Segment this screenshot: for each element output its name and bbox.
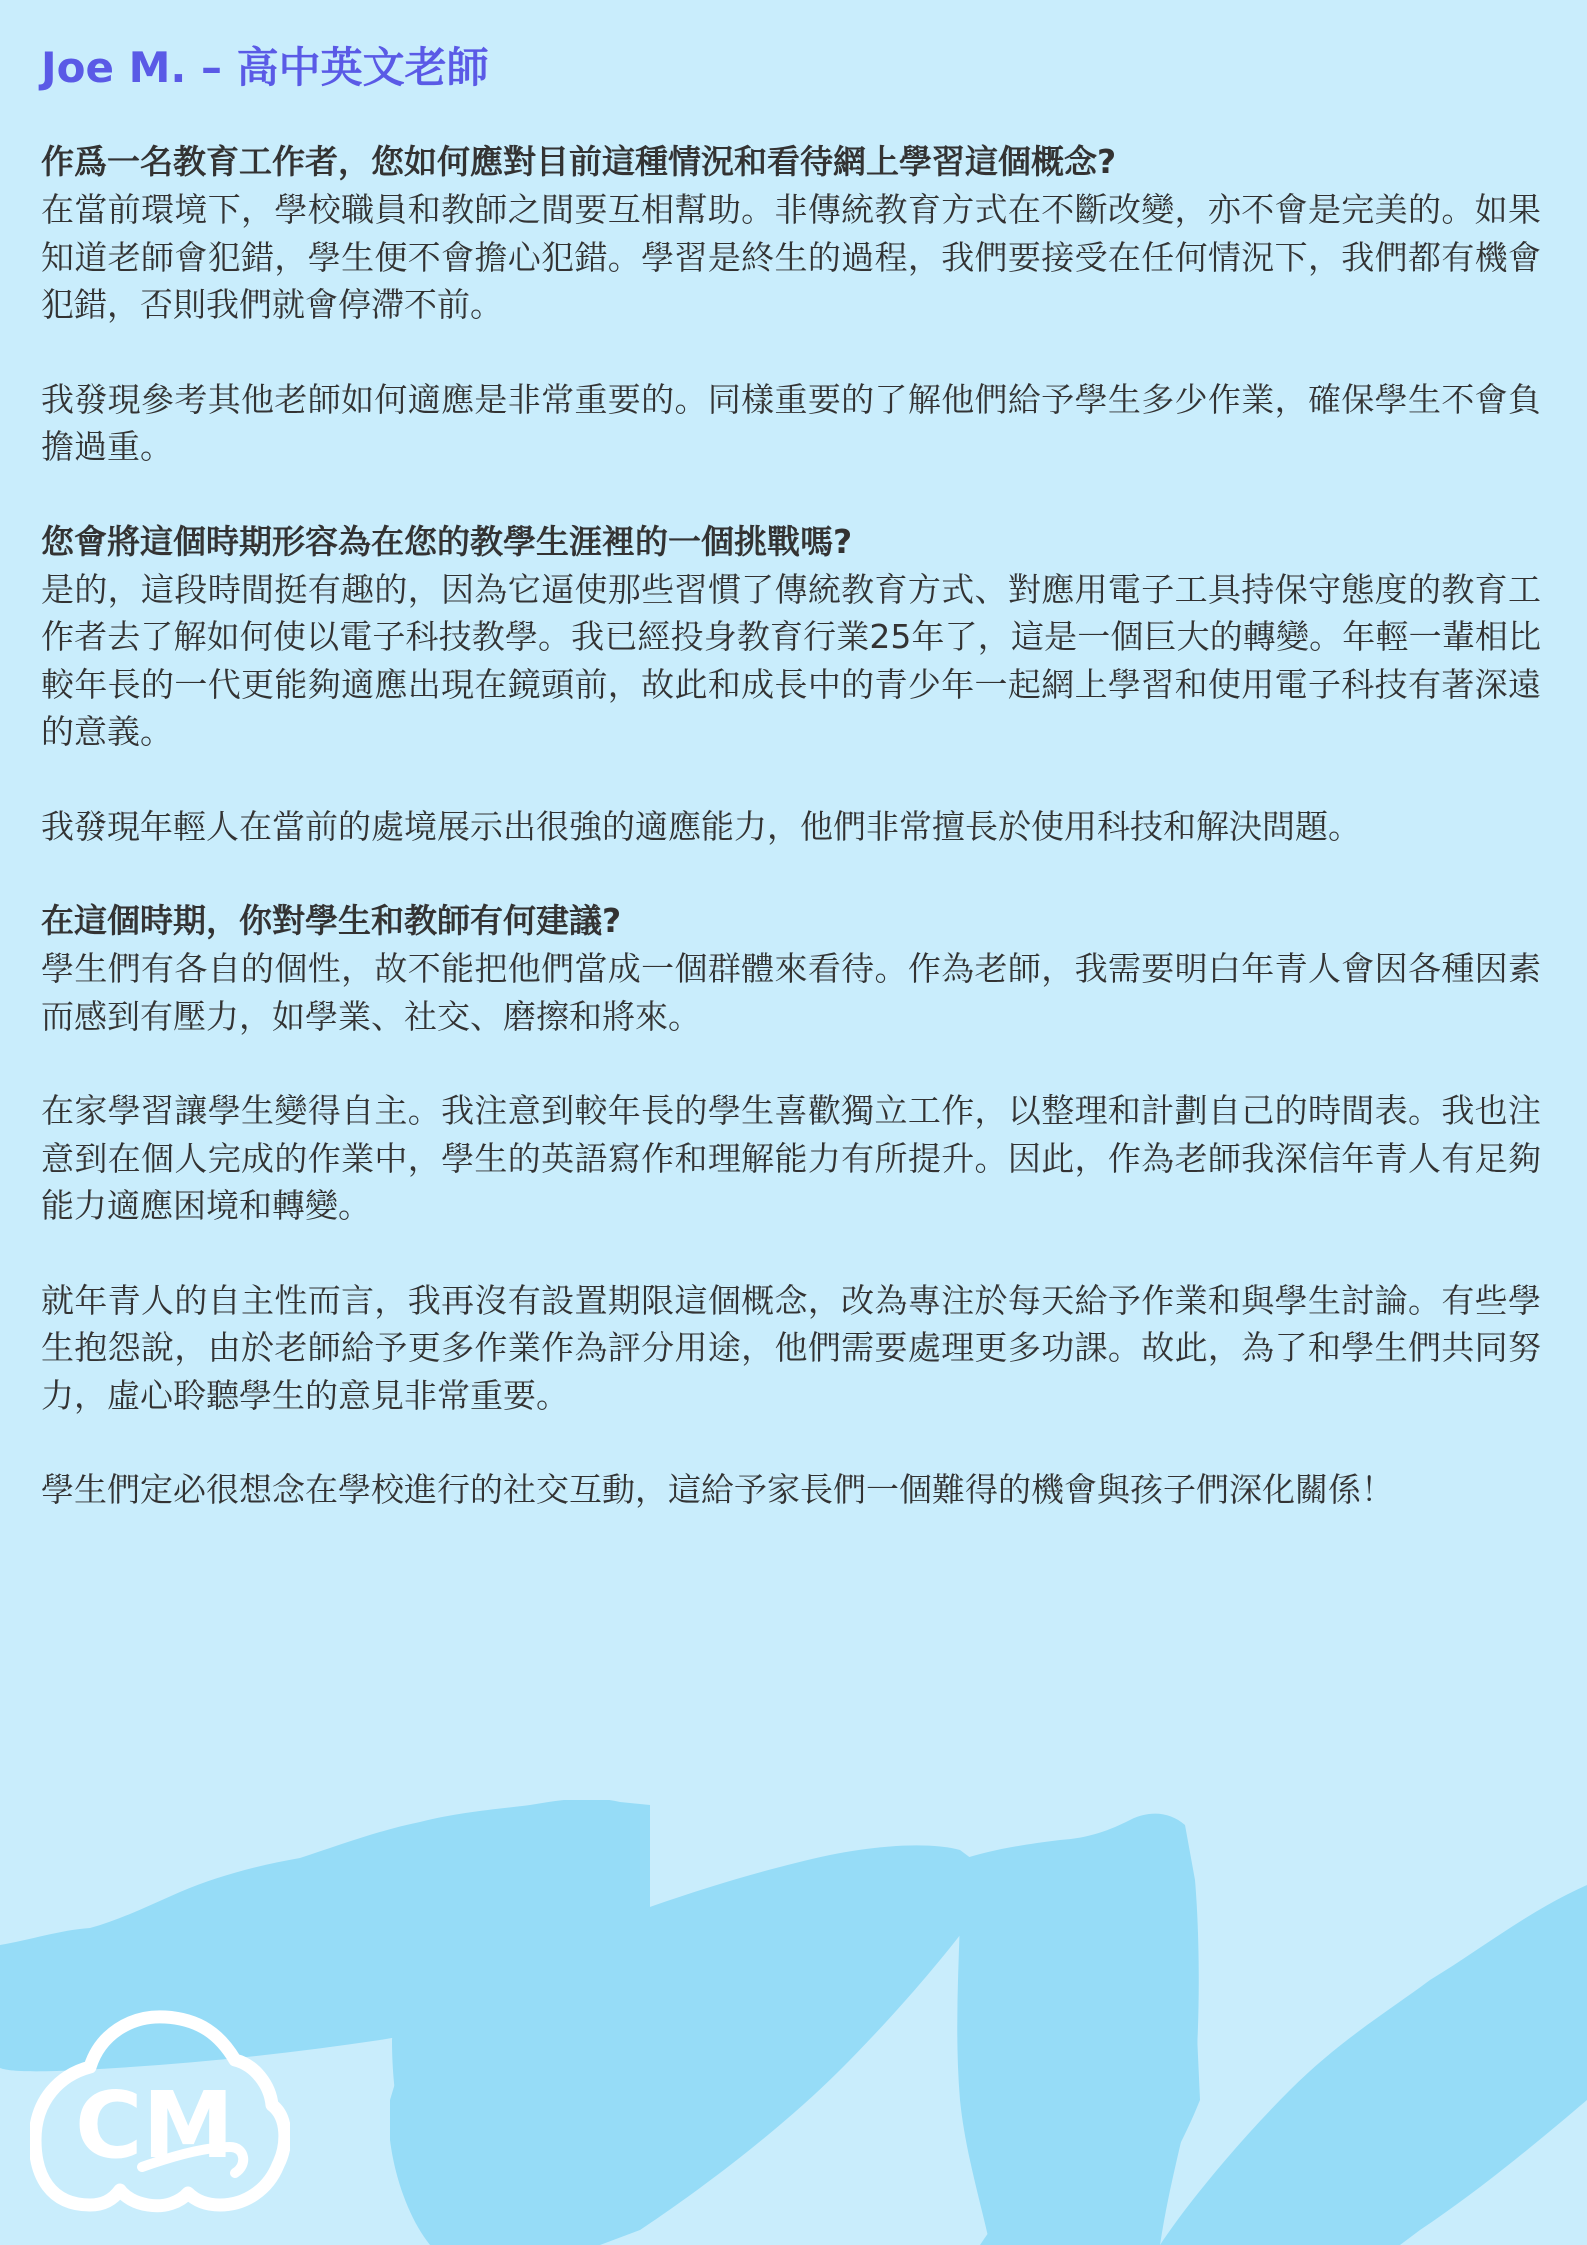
answer-paragraph: 我發現年輕人在當前的處境展示出很強的適應能力，他們非常擅長於使用科技和解決問題。 <box>41 803 1541 851</box>
document-page: Joe M. – 高中英文老師 作爲一名教育工作者，您如何應對目前這種情況和看待… <box>41 40 1551 1561</box>
answer-paragraph: 學生們有各自的個性，故不能把他們當成一個群體來看待。作為老師，我需要明白年青人會… <box>41 945 1541 1040</box>
section-advice: 在這個時期，你對學生和教師有何建議? 學生們有各自的個性，故不能把他們當成一個群… <box>41 897 1551 1514</box>
answer-paragraph: 是的，這段時間挺有趣的，因為它逼使那些習慣了傳統教育方式、對應用電子工具持保守態… <box>41 566 1541 756</box>
section-challenge: 您會將這個時期形容為在您的教學生涯裡的一個挑戰嗎? 是的，這段時間挺有趣的，因為… <box>41 518 1551 851</box>
cloud-logo-icon: CM <box>30 2005 290 2215</box>
answer-paragraph: 在當前環境下，學校職員和教師之間要互相幫助。非傳統教育方式在不斷改變，亦不會是完… <box>41 186 1541 329</box>
question-heading: 作爲一名教育工作者，您如何應對目前這種情況和看待網上學習這個概念? <box>41 138 1551 186</box>
question-heading: 在這個時期，你對學生和教師有何建議? <box>41 897 1551 945</box>
answer-paragraph: 學生們定必很想念在學校進行的社交互動，這給予家長們一個難得的機會與孩子們深化關係… <box>41 1466 1541 1514</box>
answer-paragraph: 在家學習讓學生變得自主。我注意到較年長的學生喜歡獨立工作，以整理和計劃自己的時間… <box>41 1087 1541 1230</box>
section-online-learning: 作爲一名教育工作者，您如何應對目前這種情況和看待網上學習這個概念? 在當前環境下… <box>41 138 1551 471</box>
answer-paragraph: 我發現參考其他老師如何適應是非常重要的。同樣重要的了解他們給予學生多少作業，確保… <box>41 376 1541 471</box>
question-heading: 您會將這個時期形容為在您的教學生涯裡的一個挑戰嗎? <box>41 518 1551 566</box>
answer-paragraph: 就年青人的自主性而言，我再沒有設置期限這個概念，改為專注於每天給予作業和與學生討… <box>41 1277 1541 1420</box>
page-title: Joe M. – 高中英文老師 <box>41 40 1551 96</box>
